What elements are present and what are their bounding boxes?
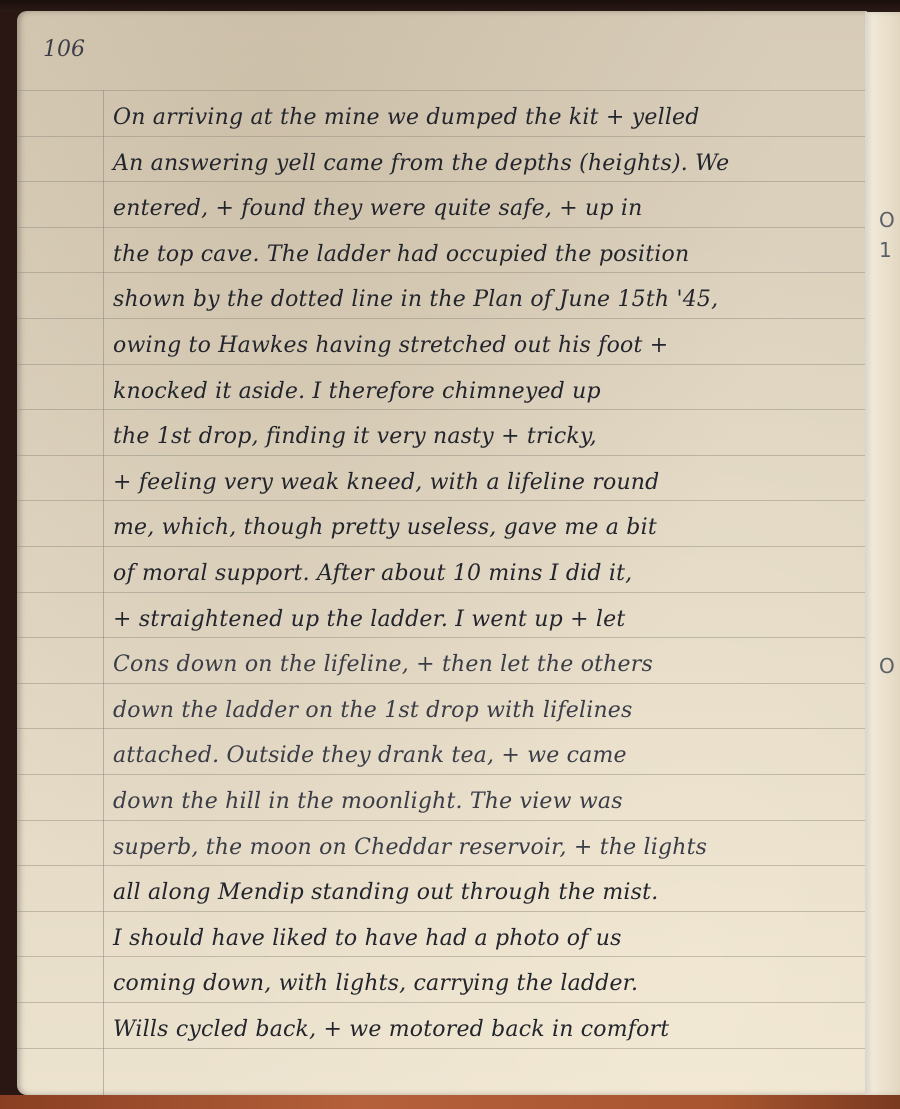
text-line: entered, + found they were quite safe, +… [113, 186, 873, 232]
text-line: Cons down on the lifeline, + then let th… [113, 642, 873, 688]
text-line: An answering yell came from the depths (… [113, 141, 873, 187]
text-line: superb, the moon on Cheddar reservoir, +… [113, 825, 873, 871]
text-line: the top cave. The ladder had occupied th… [113, 232, 873, 278]
text-line: owing to Hawkes having stretched out his… [113, 323, 873, 369]
text-line: On arriving at the mine we dumped the ki… [113, 95, 873, 141]
text-line: down the hill in the moonlight. The view… [113, 779, 873, 825]
book-bottom-edge [0, 1095, 900, 1109]
text-line: coming down, with lights, carrying the l… [113, 961, 873, 1007]
margin-line [103, 90, 104, 1095]
text-line: of moral support. After about 10 mins I … [113, 551, 873, 597]
facing-page-fragment: O [879, 654, 895, 678]
ruled-line [17, 90, 867, 91]
text-line: shown by the dotted line in the Plan of … [113, 277, 873, 323]
text-line: attached. Outside they drank tea, + we c… [113, 733, 873, 779]
text-line: I should have liked to have had a photo … [113, 916, 873, 962]
text-line: Wills cycled back, + we motored back in … [113, 1007, 873, 1053]
handwritten-text: On arriving at the mine we dumped the ki… [113, 95, 873, 1052]
text-line: knocked it aside. I therefore chimneyed … [113, 369, 873, 415]
facing-page-fragment: O [879, 208, 895, 232]
text-line: all along Mendip standing out through th… [113, 870, 873, 916]
text-line: the 1st drop, finding it very nasty + tr… [113, 414, 873, 460]
page-number: 106 [43, 37, 85, 62]
facing-page-edge: O 1 O [865, 12, 900, 1095]
facing-page-fragment: 1 [879, 238, 892, 262]
text-line: + straightened up the ladder. I went up … [113, 597, 873, 643]
text-line: me, which, though pretty useless, gave m… [113, 505, 873, 551]
notebook-page: 106 On arriving at the mine we dumped th… [17, 11, 867, 1095]
text-line: + feeling very weak kneed, with a lifeli… [113, 460, 873, 506]
text-line: down the ladder on the 1st drop with lif… [113, 688, 873, 734]
